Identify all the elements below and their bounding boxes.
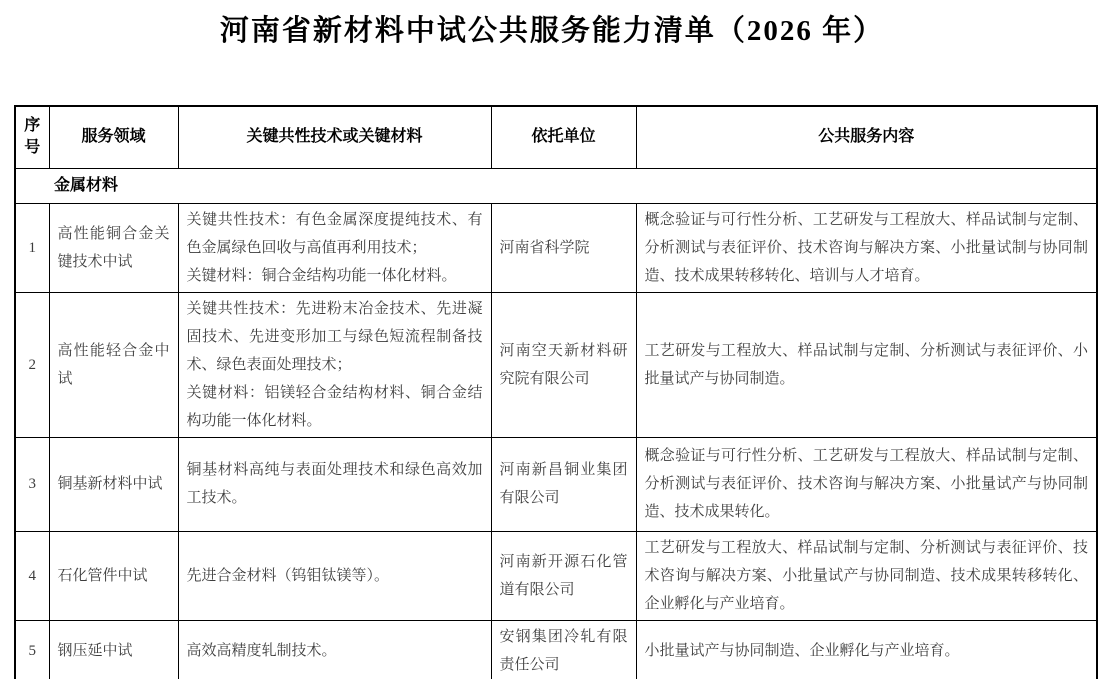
row-number-cell: 5 [15, 620, 49, 679]
row-number-cell: 1 [15, 203, 49, 292]
service-content-cell: 工艺研发与工程放大、样品试制与定制、分析测试与表征评价、小批量试产与协同制造。 [636, 292, 1097, 437]
service-content-cell: 概念验证与可行性分析、工艺研发与工程放大、样品试制与定制、分析测试与表征评价、技… [636, 437, 1097, 531]
key-tech-cell: 关键共性技术：有色金属深度提纯技术、有色金属绿色回收与高值再利用技术； 关键材料… [178, 203, 491, 292]
table-row: 5 钢压延中试 高效高精度轧制技术。 安钢集团冷轧有限责任公司 小批量试产与协同… [15, 620, 1097, 679]
support-unit-cell: 河南新开源石化管道有限公司 [491, 531, 636, 620]
service-content-cell: 概念验证与可行性分析、工艺研发与工程放大、样品试制与定制、分析测试与表征评价、技… [636, 203, 1097, 292]
header-key-tech: 关键共性技术或关键材料 [178, 106, 491, 168]
header-service-content: 公共服务内容 [636, 106, 1097, 168]
header-support-unit: 依托单位 [491, 106, 636, 168]
key-tech-cell: 先进合金材料（钨钼钛镁等）。 [178, 531, 491, 620]
capability-table: 序号 服务领域 关键共性技术或关键材料 依托单位 公共服务内容 金属材料 1 高… [14, 105, 1098, 679]
service-field-cell: 高性能铜合金关键技术中试 [49, 203, 178, 292]
support-unit-cell: 河南省科学院 [491, 203, 636, 292]
table-header-row: 序号 服务领域 关键共性技术或关键材料 依托单位 公共服务内容 [15, 106, 1097, 168]
support-unit-cell: 河南空天新材料研究院有限公司 [491, 292, 636, 437]
key-tech-cell: 高效高精度轧制技术。 [178, 620, 491, 679]
service-content-cell: 小批量试产与协同制造、企业孵化与产业培育。 [636, 620, 1097, 679]
support-unit-cell: 安钢集团冷轧有限责任公司 [491, 620, 636, 679]
section-label: 金属材料 [15, 168, 1097, 203]
service-field-cell: 铜基新材料中试 [49, 437, 178, 531]
table-row: 2 高性能轻合金中试 关键共性技术：先进粉末冶金技术、先进凝固技术、先进变形加工… [15, 292, 1097, 437]
service-content-cell: 工艺研发与工程放大、样品试制与定制、分析测试与表征评价、技术咨询与解决方案、小批… [636, 531, 1097, 620]
service-field-cell: 高性能轻合金中试 [49, 292, 178, 437]
support-unit-cell: 河南新昌铜业集团有限公司 [491, 437, 636, 531]
table-row: 4 石化管件中试 先进合金材料（钨钼钛镁等）。 河南新开源石化管道有限公司 工艺… [15, 531, 1097, 620]
row-number-cell: 2 [15, 292, 49, 437]
header-serial-number: 序号 [15, 106, 49, 168]
document-page: 河南省新材料中试公共服务能力清单（2026 年） 序号 服务领域 关键共性技术或… [0, 0, 1104, 679]
key-tech-cell: 关键共性技术：先进粉末冶金技术、先进凝固技术、先进变形加工与绿色短流程制备技术、… [178, 292, 491, 437]
service-field-cell: 钢压延中试 [49, 620, 178, 679]
table-row: 3 铜基新材料中试 铜基材料高纯与表面处理技术和绿色高效加工技术。 河南新昌铜业… [15, 437, 1097, 531]
row-number-cell: 3 [15, 437, 49, 531]
service-field-cell: 石化管件中试 [49, 531, 178, 620]
header-service-field: 服务领域 [49, 106, 178, 168]
key-tech-cell: 铜基材料高纯与表面处理技术和绿色高效加工技术。 [178, 437, 491, 531]
table-row: 1 高性能铜合金关键技术中试 关键共性技术：有色金属深度提纯技术、有色金属绿色回… [15, 203, 1097, 292]
section-row-metal-materials: 金属材料 [15, 168, 1097, 203]
row-number-cell: 4 [15, 531, 49, 620]
page-title: 河南省新材料中试公共服务能力清单（2026 年） [0, 0, 1104, 60]
